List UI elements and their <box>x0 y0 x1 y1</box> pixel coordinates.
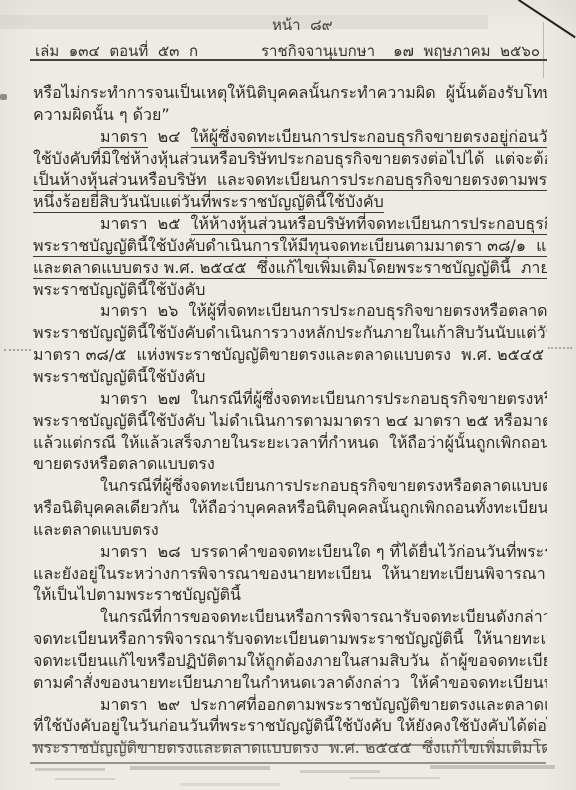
text-line: ตามคำสั่งของนายทะเบียนภายในกำหนดเวลาดังก… <box>33 672 547 694</box>
text-line: และตลาดแบบตรง <box>33 519 547 541</box>
text-line: มาตรา ๒๔ ให้ผู้ซึ่งจดทะเบียนการประกอบธุร… <box>33 126 547 148</box>
page-frame: หน้า ๘๙ เล่ม ๑๓๔ ตอนที่ ๕๓ ก ราชกิจจานุเ… <box>0 0 576 790</box>
text-line: ความผิดนั้น ๆ ด้วย” <box>33 104 547 126</box>
scan-streak <box>130 766 270 770</box>
text-line: มาตรา ๒๗ ในกรณีที่ผู้ซึ่งจดทะเบียนการประ… <box>33 388 547 410</box>
underlined-text: ใช้บังคับที่มิใช่ห้างหุ้นส่วนหรือบริษัทป… <box>33 149 547 170</box>
text-line: ขายตรงหรือตลาดแบบตรง <box>33 453 547 475</box>
scan-edge-mark <box>0 94 7 100</box>
text-segment: ๒๔ <box>148 127 191 146</box>
text-segment: ขายตรงหรือตลาดแบบตรง <box>33 454 215 473</box>
text-line: ที่ใช้บังคับอยู่ในวันก่อนวันที่พระราชบัญ… <box>33 715 547 737</box>
underlined-text: พระราชบัญญัตินี้ใช้บังคับ <box>33 280 205 301</box>
underlined-text: ให้ห้างหุ้นส่วนหรือบริษัทที่จดทะเบียนการ… <box>191 214 548 235</box>
underlined-text: เป็นห้างหุ้นส่วนหรือบริษัท และจดทะเบียนก… <box>33 170 547 191</box>
text-segment: ที่ใช้บังคับอยู่ในวันก่อนวันที่พระราชบัญ… <box>33 716 547 735</box>
text-line: ในกรณีที่ผู้ซึ่งจดทะเบียนการประกอบธุรกิจ… <box>33 475 547 497</box>
text-line: หรือไม่กระทำการจนเป็นเหตุให้นิติบุคคลนั้… <box>33 82 547 104</box>
text-segment: มาตรา ๓๘/๕ แห่งพระราชบัญญัติขายตรงและตลา… <box>33 345 547 364</box>
text-segment: จดทะเบียนแก้ไขหรือปฏิบัติตามให้ถูกต้องภา… <box>33 651 547 670</box>
underlined-text: ให้ผู้ซึ่งจดทะเบียนการประกอบธุรกิจขายตรง… <box>191 127 548 148</box>
header-rule <box>30 59 547 61</box>
text-line: และตลาดแบบตรง พ.ศ. ๒๕๔๕ ซึ่งแก้ไขเพิ่มเต… <box>33 257 547 279</box>
text-line: พระราชบัญญัตินี้ใช้บังคับดำเนินการวางหลั… <box>33 322 547 344</box>
text-segment: ในกรณีที่การขอจดทะเบียนหรือการพิจารณารับ… <box>100 607 547 626</box>
text-segment: จดทะเบียนหรือการพิจารณารับจดทะเบียนตามพร… <box>33 629 547 648</box>
text-segment: แล้วแต่กรณี ให้แล้วเสร็จภายในระยะเวลาที่… <box>33 433 547 452</box>
underlined-text: มาตรา <box>100 127 148 148</box>
text-line: ให้เป็นไปตามพระราชบัญญัตินี้ <box>33 584 547 606</box>
text-segment: พระราชบัญญัตินี้ใช้บังคับดำเนินการวางหลั… <box>33 323 547 342</box>
text-segment: ความผิดนั้น ๆ ด้วย” <box>33 105 170 124</box>
scan-streak <box>350 777 440 779</box>
scan-streak <box>180 783 280 786</box>
text-segment: มาตรา ๒๙ ประกาศที่ออกตามพระราชบัญญัติขาย… <box>100 695 547 714</box>
text-line: ในกรณีที่การขอจดทะเบียนหรือการพิจารณารับ… <box>33 606 547 628</box>
text-line: พระราชบัญญัตินี้ใช้บังคับ ไม่ดำเนินการตา… <box>33 410 547 432</box>
text-line: พระราชบัญญัตินี้ใช้บังคับดำเนินการให้มีท… <box>33 235 547 257</box>
text-segment: มาตรา ๒๕ <box>100 214 191 233</box>
text-segment: และยังอยู่ในระหว่างการพิจารณาของนายทะเบี… <box>33 564 547 583</box>
scan-margin-dashes-left <box>4 349 31 351</box>
text-line: มาตรา ๒๙ ประกาศที่ออกตามพระราชบัญญัติขาย… <box>33 694 547 716</box>
text-line: จดทะเบียนแก้ไขหรือปฏิบัติตามให้ถูกต้องภา… <box>33 650 547 672</box>
text-line: มาตรา ๒๖ ให้ผู้ที่จดทะเบียนการประกอบธุรก… <box>33 300 547 322</box>
text-line: มาตรา ๒๘ บรรดาคำขอจดทะเบียนใด ๆ ที่ได้ยื… <box>33 541 547 563</box>
scan-margin-dashes-right <box>548 347 572 349</box>
scan-fold-line <box>543 22 544 78</box>
scan-streak <box>35 768 105 771</box>
page-number: หน้า ๘๙ <box>272 13 333 37</box>
scan-scratch-mark <box>518 0 576 38</box>
text-segment: มาตรา ๒๗ ในกรณีที่ผู้ซึ่งจดทะเบียนการประ… <box>100 389 547 408</box>
text-line: หรือนิติบุคคลเดียวกัน ให้ถือว่าบุคคลหรือ… <box>33 497 547 519</box>
text-line: หนึ่งร้อยยี่สิบวันนับแต่วันที่พระราชบัญญ… <box>33 191 547 213</box>
scan-bottom-line <box>30 762 546 764</box>
text-segment: ให้เป็นไปตามพระราชบัญญัตินี้ <box>33 585 241 604</box>
underlined-text: หนึ่งร้อยยี่สิบวันนับแต่วันที่พระราชบัญญ… <box>33 192 384 213</box>
scan-streak <box>300 770 380 773</box>
text-line: จดทะเบียนหรือการพิจารณารับจดทะเบียนตามพร… <box>33 628 547 650</box>
underlined-text: และตลาดแบบตรง พ.ศ. ๒๕๔๕ ซึ่งแก้ไขเพิ่มเต… <box>33 258 547 279</box>
text-line: พระราชบัญญัตินี้ใช้บังคับ <box>33 366 547 388</box>
scan-shading-band <box>0 15 488 29</box>
text-line: พระราชบัญญัตินี้ใช้บังคับ <box>33 279 547 301</box>
text-segment: พระราชบัญญัติขายตรงและตลาดแบบตรง พ.ศ. ๒๕… <box>33 738 547 757</box>
text-segment: ตามคำสั่งของนายทะเบียนภายในกำหนดเวลาดังก… <box>33 673 547 692</box>
underlined-text: พระราชบัญญัตินี้ใช้บังคับดำเนินการให้มีท… <box>33 236 547 257</box>
text-line: และยังอยู่ในระหว่างการพิจารณาของนายทะเบี… <box>33 563 547 585</box>
text-line: พระราชบัญญัติขายตรงและตลาดแบบตรง พ.ศ. ๒๕… <box>33 737 547 759</box>
text-segment: หรือไม่กระทำการจนเป็นเหตุให้นิติบุคคลนั้… <box>33 83 547 102</box>
text-segment: พระราชบัญญัตินี้ใช้บังคับ <box>33 367 205 386</box>
text-line: มาตรา ๓๘/๕ แห่งพระราชบัญญัติขายตรงและตลา… <box>33 344 547 366</box>
text-segment: หรือนิติบุคคลเดียวกัน ให้ถือว่าบุคคลหรือ… <box>33 498 547 517</box>
text-segment: ในกรณีที่ผู้ซึ่งจดทะเบียนการประกอบธุรกิจ… <box>100 476 547 495</box>
scan-streak <box>430 765 555 769</box>
scan-streak <box>55 778 115 780</box>
text-segment: มาตรา ๒๘ บรรดาคำขอจดทะเบียนใด ๆ ที่ได้ยื… <box>100 542 547 561</box>
text-segment: พระราชบัญญัตินี้ใช้บังคับ ไม่ดำเนินการตา… <box>33 411 547 430</box>
text-segment: และตลาดแบบตรง <box>33 520 159 539</box>
document-body: หรือไม่กระทำการจนเป็นเหตุให้นิติบุคคลนั้… <box>33 82 547 762</box>
text-line: เป็นห้างหุ้นส่วนหรือบริษัท และจดทะเบียนก… <box>33 169 547 191</box>
text-line: ใช้บังคับที่มิใช่ห้างหุ้นส่วนหรือบริษัทป… <box>33 148 547 170</box>
text-line: แล้วแต่กรณี ให้แล้วเสร็จภายในระยะเวลาที่… <box>33 432 547 454</box>
text-segment: มาตรา ๒๖ ให้ผู้ที่จดทะเบียนการประกอบธุรก… <box>100 301 547 320</box>
text-line: มาตรา ๒๕ ให้ห้างหุ้นส่วนหรือบริษัทที่จดท… <box>33 213 547 235</box>
